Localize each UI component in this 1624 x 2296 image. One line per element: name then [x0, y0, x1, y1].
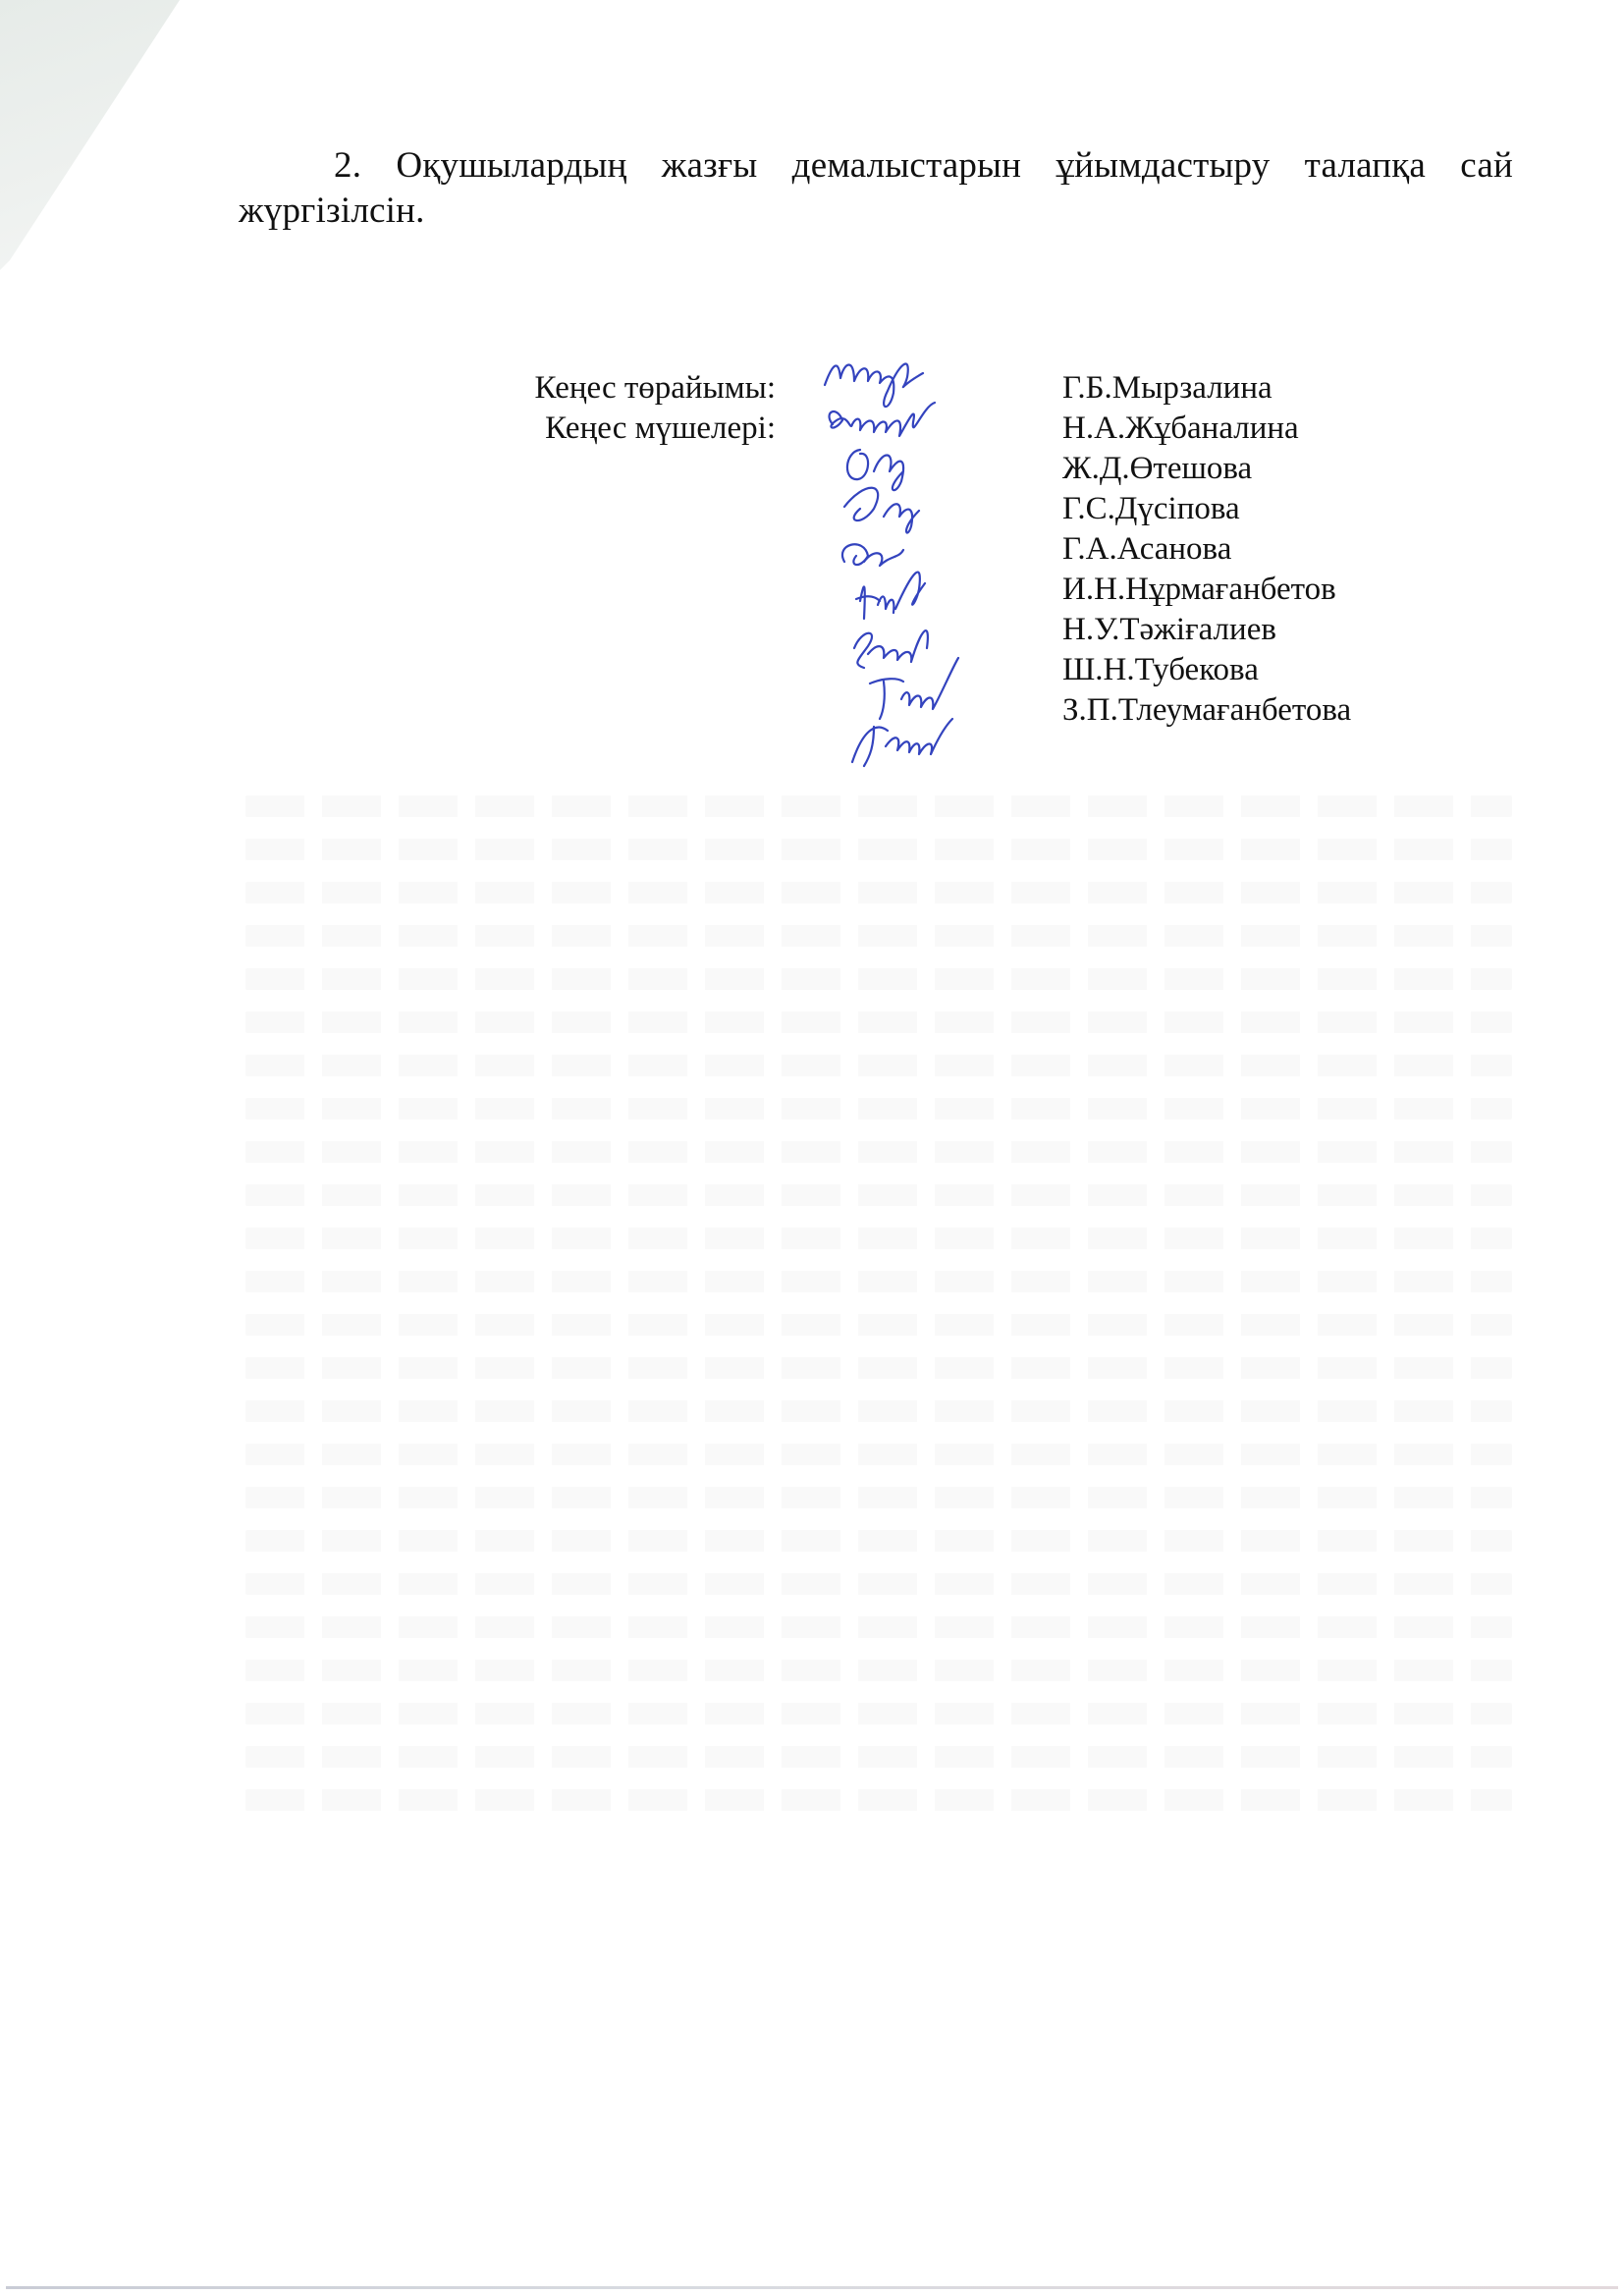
- scan-edge-line: [6, 2286, 1618, 2289]
- chair-label: Кеңес төрайымы:: [534, 368, 776, 408]
- handwritten-signatures: [805, 334, 1100, 786]
- members-label: Кеңес мүшелері:: [545, 409, 776, 448]
- bleed-through-text: [245, 795, 1512, 1832]
- member-name: З.П.Тлеумағанбетова: [1062, 690, 1351, 730]
- member-name: И.Н.Нұрмағанбетов: [1062, 570, 1336, 609]
